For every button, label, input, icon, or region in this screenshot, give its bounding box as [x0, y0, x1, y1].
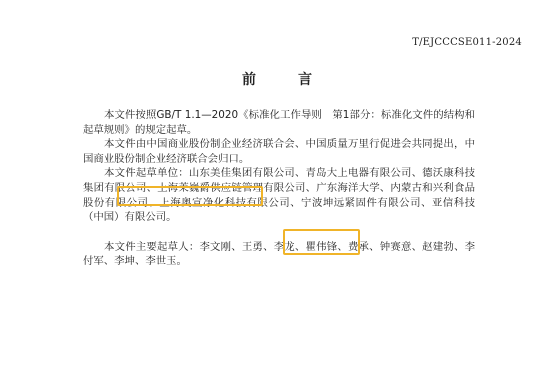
title-char-2: 言 [298, 69, 312, 89]
paragraph-drafting-rules: 本文件按照GB/T 1.1—2020《标准化工作导则 第1部分：标准化文件的结构… [83, 108, 475, 137]
title-char-1: 前 [242, 69, 256, 89]
standard-code: T/EJCCCSE011-2024 [412, 37, 522, 48]
page-title: 前言 [0, 69, 554, 89]
paragraph-drafters: 本文件主要起草人：李文刚、王勇、李龙、瞿伟锋、费承、钟赛意、赵建勃、李付军、李坤… [83, 240, 475, 269]
highlight-box-company [117, 186, 263, 206]
paragraph-proposer: 本文件由中国商业股份制企业经济联合会、中国质量万里行促进会共同提出，中国商业股份… [83, 137, 475, 166]
highlight-box-drafters [283, 229, 360, 255]
